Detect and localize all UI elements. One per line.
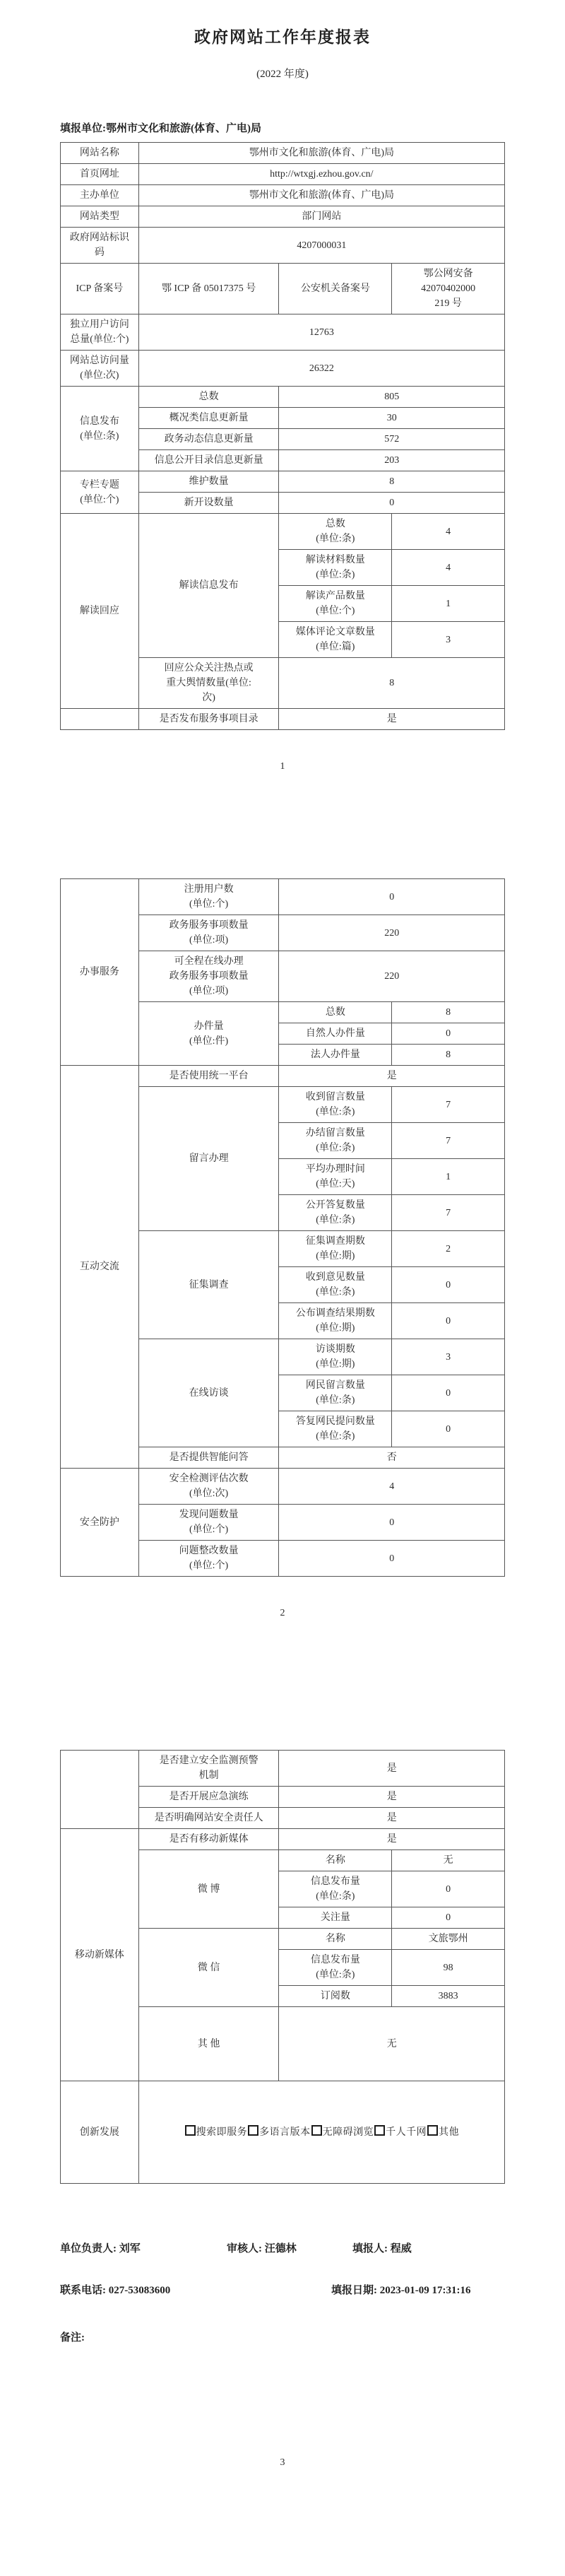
table-row: 办事服务 注册用户数 (单位:个) 0: [61, 879, 505, 915]
label-cell: 政务动态信息更新量: [138, 429, 279, 450]
innovation-option-label: 其他: [439, 2127, 459, 2138]
value-cell: 鄂州市文化和旅游(体育、广电)局: [138, 143, 504, 164]
label-cell: 办件量 (单位:件): [138, 1002, 279, 1066]
value-cell: 8: [279, 471, 505, 493]
icp-number-cell: 鄂 ICP 备 05017375 号: [138, 264, 279, 314]
section-cell: 创新发展: [61, 2081, 139, 2184]
value-cell: 4: [392, 550, 505, 586]
label-cell: 安全检测评估次数 (单位:次): [138, 1469, 279, 1505]
label-cell: 征集调查期数 (单位:期): [279, 1231, 392, 1267]
label-cell: 微 博: [138, 1850, 279, 1929]
section-cell: 互动交流: [61, 1066, 139, 1469]
page-number-3: 3: [60, 2457, 505, 2503]
label-cell: 名称: [279, 1850, 392, 1871]
value-cell: 3: [392, 622, 505, 658]
label-cell: 网站总访问量 (单位:次): [61, 351, 139, 387]
report-table-page3: 是否建立安全监测预警 机制 是 是否开展应急演练 是 是否明确网站安全责任人 是…: [60, 1750, 505, 2184]
label-cell: 订阅数: [279, 1986, 392, 2007]
label-cell: 是否建立安全监测预警 机制: [138, 1751, 279, 1787]
value-cell: 4: [392, 514, 505, 550]
label-cell: 新开设数量: [138, 493, 279, 514]
label-cell: 总数: [138, 387, 279, 408]
section-cell: 移动新媒体: [61, 1829, 139, 2081]
label-cell: 解读材料数量 (单位:条): [279, 550, 392, 586]
label-cell: 总数: [279, 1002, 392, 1023]
label-cell: 是否发布服务事项目录: [138, 709, 279, 730]
table-row: ICP 备案号 鄂 ICP 备 05017375 号 公安机关备案号 鄂公网安备…: [61, 264, 505, 314]
section-cell: 解读回应: [61, 514, 139, 709]
label-cell: 微 信: [138, 1929, 279, 2007]
label-cell: 可全程在线办理 政务服务事项数量 (单位:项): [138, 951, 279, 1002]
label-cell: 问题整改数量 (单位:个): [138, 1541, 279, 1577]
value-cell: 0: [279, 1505, 505, 1541]
label-cell: 发现问题数量 (单位:个): [138, 1505, 279, 1541]
section-cell: 安全防护: [61, 1469, 139, 1577]
page-number-2: 2: [60, 1608, 505, 1619]
label-cell: 解读产品数量 (单位:个): [279, 586, 392, 622]
page-number-1: 1: [60, 761, 505, 772]
innovation-option: 无障碍浏览: [311, 2127, 374, 2138]
label-cell: 维护数量: [138, 471, 279, 493]
value-cell: 是: [279, 1751, 505, 1787]
section-cell: 专栏专题 (单位:个): [61, 471, 139, 514]
value-cell: 8: [279, 658, 505, 709]
table-row: 主办单位 鄂州市文化和旅游(体育、广电)局: [61, 185, 505, 206]
table-row: 专栏专题 (单位:个) 维护数量 8: [61, 471, 505, 493]
innovation-option-label: 千人千网: [386, 2127, 427, 2138]
label-cell: 关注量: [279, 1907, 392, 1929]
value-cell: 7: [392, 1195, 505, 1231]
label-cell: 其 他: [138, 2007, 279, 2081]
label-cell: 收到留言数量 (单位:条): [279, 1087, 392, 1123]
label-cell: 独立用户访问总量(单位:个): [61, 314, 139, 351]
police-record-number-cell: 鄂公网安备 42070402000 219 号: [392, 264, 505, 314]
value-cell: 805: [279, 387, 505, 408]
label-cell: 平均办理时间 (单位:天): [279, 1159, 392, 1195]
label-cell: 信息公开目录信息更新量: [138, 450, 279, 471]
checkbox-icon: [374, 2125, 385, 2136]
value-cell: 无: [392, 1850, 505, 1871]
label-cell: 办结留言数量 (单位:条): [279, 1123, 392, 1159]
label-cell: 公安机关备案号: [279, 264, 392, 314]
value-cell: 1: [392, 586, 505, 622]
report-year-subtitle: (2022 年度): [0, 66, 565, 81]
label-cell: 解读信息发布: [138, 514, 279, 658]
label-cell: 网站名称: [61, 143, 139, 164]
section-cell: 办事服务: [61, 879, 139, 1066]
footer-signatures-line: 单位负责人: 刘军 审核人: 汪德林 填报人: 程威: [60, 2240, 512, 2255]
label-cell: 媒体评论文章数量 (单位:篇): [279, 622, 392, 658]
section-cell: 信息发布 (单位:条): [61, 387, 139, 471]
value-cell: 0: [392, 1375, 505, 1411]
value-cell: 0: [392, 1871, 505, 1907]
label-cell: 是否明确网站安全责任人: [138, 1808, 279, 1829]
report-date: 填报日期: 2023-01-09 17:31:16: [331, 2282, 470, 2297]
innovation-options-cell: 搜索即服务多语言版本无障碍浏览千人千网其他: [138, 2081, 504, 2184]
remark-label: 备注:: [60, 2329, 85, 2344]
value-cell: 是: [279, 1787, 505, 1808]
value-cell: 3: [392, 1339, 505, 1375]
label-cell: 网站类型: [61, 206, 139, 228]
innovation-option: 搜索即服务: [184, 2127, 248, 2138]
value-cell: 220: [279, 951, 505, 1002]
table-row: 网站类型 部门网站: [61, 206, 505, 228]
value-cell: 0: [279, 1541, 505, 1577]
label-cell: 是否开展应急演练: [138, 1787, 279, 1808]
label-cell: 答复网民提问数量 (单位:条): [279, 1411, 392, 1447]
report-table-page1: 网站名称 鄂州市文化和旅游(体育、广电)局 首页网址 http://wtxgj.…: [60, 142, 505, 730]
table-row: 网站名称 鄂州市文化和旅游(体育、广电)局: [61, 143, 505, 164]
label-cell: 是否有移动新媒体: [138, 1829, 279, 1850]
label-cell: 征集调查: [138, 1231, 279, 1339]
value-cell: 30: [279, 408, 505, 429]
unit-leader: 单位负责人: 刘军: [60, 2240, 227, 2255]
footer-contact-line: 联系电话: 027-53083600 填报日期: 2023-01-09 17:3…: [60, 2282, 512, 2297]
value-cell: 8: [392, 1045, 505, 1066]
label-cell: 名称: [279, 1929, 392, 1950]
value-cell: 26322: [138, 351, 504, 387]
label-cell: 政务服务事项数量 (单位:项): [138, 915, 279, 951]
label-cell: 在线访谈: [138, 1339, 279, 1447]
table-row: 是否发布服务事项目录 是: [61, 709, 505, 730]
label-cell: 信息发布量 (单位:条): [279, 1871, 392, 1907]
label-cell: 网民留言数量 (单位:条): [279, 1375, 392, 1411]
label-cell: 概况类信息更新量: [138, 408, 279, 429]
label-cell: 注册用户数 (单位:个): [138, 879, 279, 915]
value-cell: 98: [392, 1950, 505, 1986]
label-cell: 公布调查结果期数 (单位:期): [279, 1303, 392, 1339]
value-cell: 文旅鄂州: [392, 1929, 505, 1950]
value-cell: 7: [392, 1123, 505, 1159]
value-cell: 572: [279, 429, 505, 450]
table-row: 信息发布 (单位:条) 总数 805: [61, 387, 505, 408]
checkbox-icon: [248, 2125, 258, 2136]
page-title: 政府网站工作年度报表: [0, 0, 565, 47]
section-cell: [61, 1751, 139, 1829]
value-cell: 0: [392, 1303, 505, 1339]
reviewer: 审核人: 汪德林: [227, 2240, 352, 2255]
label-cell: 是否使用统一平台: [138, 1066, 279, 1087]
innovation-option-label: 无障碍浏览: [323, 2127, 374, 2138]
label-cell: 法人办件量: [279, 1045, 392, 1066]
contact-phone: 联系电话: 027-53083600: [60, 2282, 331, 2297]
value-cell: 4: [279, 1469, 505, 1505]
innovation-option-label: 多语言版本: [259, 2127, 311, 2138]
label-cell: 政府网站标识码: [61, 228, 139, 264]
value-cell: 0: [279, 493, 505, 514]
table-row: 首页网址 http://wtxgj.ezhou.gov.cn/: [61, 164, 505, 185]
label-cell: 是否提供智能问答: [138, 1447, 279, 1469]
value-cell: 鄂州市文化和旅游(体育、广电)局: [138, 185, 504, 206]
table-row: 安全防护 安全检测评估次数 (单位:次) 4: [61, 1469, 505, 1505]
value-cell: 是: [279, 1829, 505, 1850]
value-cell: 8: [392, 1002, 505, 1023]
label-cell: 收到意见数量 (单位:条): [279, 1267, 392, 1303]
section-cell: [61, 709, 139, 730]
checkbox-icon: [185, 2125, 196, 2136]
value-cell: 是: [279, 709, 505, 730]
value-cell: 0: [392, 1411, 505, 1447]
footer-remark-line: 备注:: [60, 2329, 512, 2344]
value-cell: 否: [279, 1447, 505, 1469]
filler: 填报人: 程威: [352, 2240, 412, 2255]
innovation-option-label: 搜索即服务: [196, 2127, 248, 2138]
value-cell: 0: [392, 1267, 505, 1303]
label-cell: 主办单位: [61, 185, 139, 206]
label-cell: 留言办理: [138, 1087, 279, 1231]
table-row: 互动交流 是否使用统一平台 是: [61, 1066, 505, 1087]
label-cell: 回应公众关注热点或 重大舆情数量(单位: 次): [138, 658, 279, 709]
value-cell: 220: [279, 915, 505, 951]
value-cell: 是: [279, 1066, 505, 1087]
value-cell: 1: [392, 1159, 505, 1195]
value-cell: 部门网站: [138, 206, 504, 228]
label-cell: 自然人办件量: [279, 1023, 392, 1045]
table-row: 移动新媒体 是否有移动新媒体 是: [61, 1829, 505, 1850]
value-cell: 是: [279, 1808, 505, 1829]
reporting-unit-line: 填报单位:鄂州市文化和旅游(体育、广电)局: [60, 120, 505, 135]
value-cell: 3883: [392, 1986, 505, 2007]
value-cell: 203: [279, 450, 505, 471]
value-cell: 0: [392, 1023, 505, 1045]
value-cell: 0: [392, 1907, 505, 1929]
table-row: 是否建立安全监测预警 机制 是: [61, 1751, 505, 1787]
label-cell: 首页网址: [61, 164, 139, 185]
checkbox-icon: [427, 2125, 438, 2136]
table-row: 网站总访问量 (单位:次) 26322: [61, 351, 505, 387]
label-cell: 公开答复数量 (单位:条): [279, 1195, 392, 1231]
table-row: 解读回应 解读信息发布 总数 (单位:条) 4: [61, 514, 505, 550]
homepage-url-cell: http://wtxgj.ezhou.gov.cn/: [138, 164, 504, 185]
value-cell: 7: [392, 1087, 505, 1123]
value-cell: 4207000031: [138, 228, 504, 264]
innovation-option: 多语言版本: [247, 2127, 311, 2138]
label-cell: 信息发布量 (单位:条): [279, 1950, 392, 1986]
label-cell: 总数 (单位:条): [279, 514, 392, 550]
label-cell: ICP 备案号: [61, 264, 139, 314]
label-cell: 访谈期数 (单位:期): [279, 1339, 392, 1375]
checkbox-icon: [311, 2125, 322, 2136]
table-row: 政府网站标识码 4207000031: [61, 228, 505, 264]
value-cell: 无: [279, 2007, 505, 2081]
value-cell: 12763: [138, 314, 504, 351]
value-cell: 2: [392, 1231, 505, 1267]
report-sheet: 政府网站工作年度报表 (2022 年度) 填报单位:鄂州市文化和旅游(体育、广电…: [0, 0, 565, 2503]
report-table-page2: 办事服务 注册用户数 (单位:个) 0 政务服务事项数量 (单位:项) 220 …: [60, 878, 505, 1577]
table-row: 创新发展 搜索即服务多语言版本无障碍浏览千人千网其他: [61, 2081, 505, 2184]
value-cell: 0: [279, 879, 505, 915]
table-row: 独立用户访问总量(单位:个) 12763: [61, 314, 505, 351]
innovation-option: 千人千网: [374, 2127, 427, 2138]
innovation-option: 其他: [427, 2127, 459, 2138]
